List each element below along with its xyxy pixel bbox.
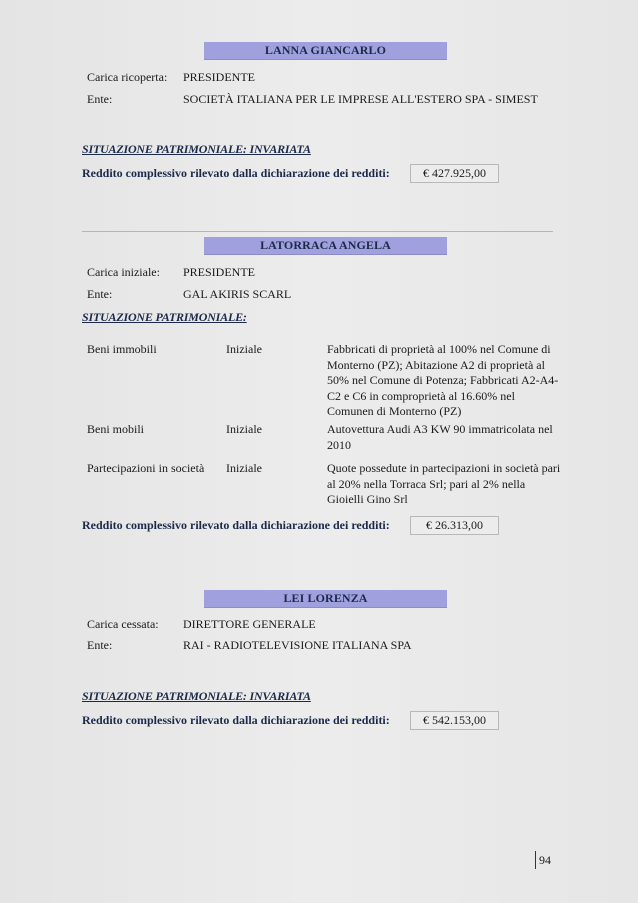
income-label: Reddito complessivo rilevato dalla dichi… xyxy=(82,518,390,533)
role-value: PRESIDENTE xyxy=(183,265,255,279)
income-label: Reddito complessivo rilevato dalla dichi… xyxy=(82,713,390,728)
entity-label: Ente: xyxy=(87,92,112,106)
entity-value: SOCIETÀ ITALIANA PER LE IMPRESE ALL'ESTE… xyxy=(183,92,538,106)
income-value: € 26.313,00 xyxy=(410,516,499,535)
asset-type: Beni mobili xyxy=(87,422,144,438)
asset-type: Beni immobili xyxy=(87,342,157,358)
page-number: 94 xyxy=(535,851,551,869)
income-value: € 427.925,00 xyxy=(410,164,499,183)
role-value: PRESIDENTE xyxy=(183,70,255,84)
section-divider xyxy=(82,231,553,232)
role-label: Carica iniziale: xyxy=(87,265,160,279)
person-name-header: LEI LORENZA xyxy=(204,590,447,608)
asset-description: Fabbricati di proprietà al 100% nel Comu… xyxy=(327,342,562,420)
income-label: Reddito complessivo rilevato dalla dichi… xyxy=(82,166,390,181)
document-page: LANNA GIANCARLO Carica ricoperta: PRESID… xyxy=(0,0,638,903)
asset-description: Autovettura Audi A3 KW 90 immatricolata … xyxy=(327,422,562,453)
asset-status: Iniziale xyxy=(226,422,262,438)
assets-heading: SITUAZIONE PATRIMONIALE: INVARIATA xyxy=(82,142,311,157)
role-label: Carica ricoperta: xyxy=(87,70,167,84)
assets-heading: SITUAZIONE PATRIMONIALE: xyxy=(82,310,247,325)
asset-status: Iniziale xyxy=(226,461,262,477)
asset-type: Partecipazioni in società xyxy=(87,461,204,477)
entity-label: Ente: xyxy=(87,287,112,301)
role-label: Carica cessata: xyxy=(87,617,159,631)
entity-value: RAI - RADIOTELEVISIONE ITALIANA SPA xyxy=(183,638,412,652)
asset-status: Iniziale xyxy=(226,342,262,358)
entity-label: Ente: xyxy=(87,638,112,652)
entity-value: GAL AKIRIS SCARL xyxy=(183,287,291,301)
role-value: DIRETTORE GENERALE xyxy=(183,617,316,631)
person-name-header: LANNA GIANCARLO xyxy=(204,42,447,60)
income-value: € 542.153,00 xyxy=(410,711,499,730)
assets-heading: SITUAZIONE PATRIMONIALE: INVARIATA xyxy=(82,689,311,704)
asset-description: Quote possedute in partecipazioni in soc… xyxy=(327,461,562,508)
person-name-header: LATORRACA ANGELA xyxy=(204,237,447,255)
